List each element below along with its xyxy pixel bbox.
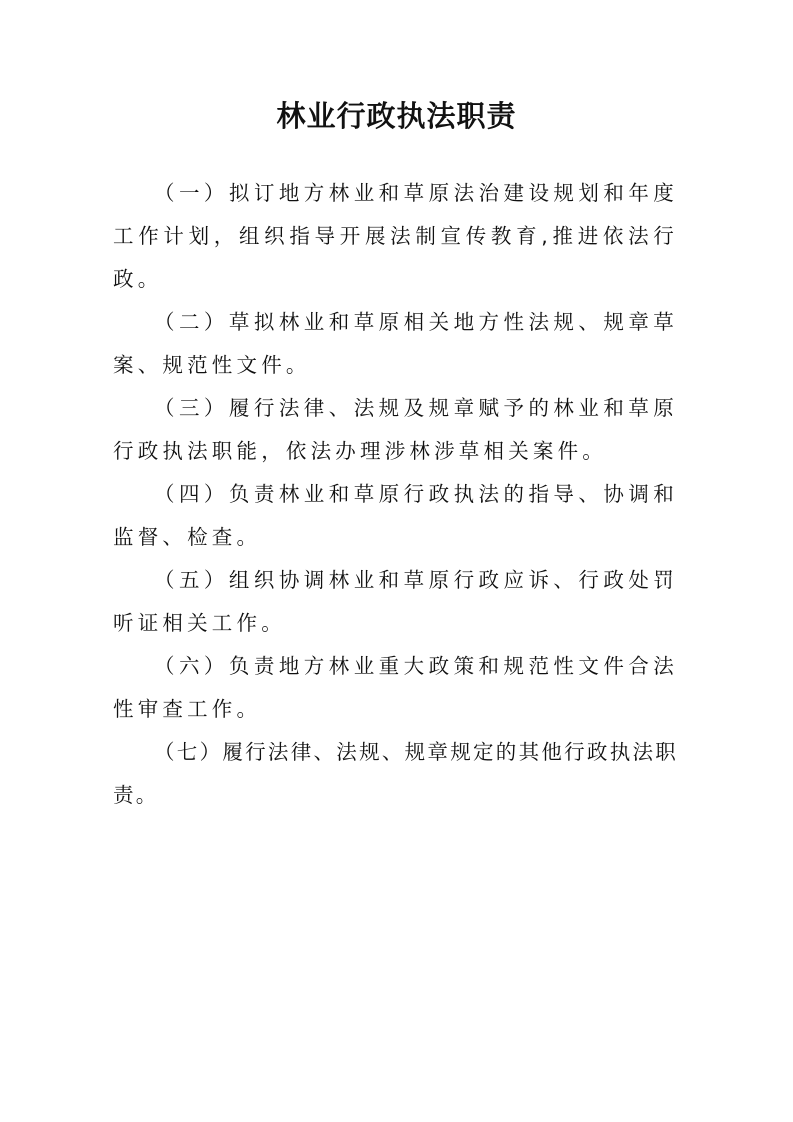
document-body: （一）拟订地方林业和草原法治建设规划和年度工作计划，组织指导开展法制宣传教育,推… xyxy=(113,172,678,817)
paragraph-4: （四）负责林业和草原行政执法的指导、协调和监督、检查。 xyxy=(113,473,678,559)
paragraph-7: （七）履行法律、法规、规章规定的其他行政执法职责。 xyxy=(113,731,678,817)
paragraph-5: （五）组织协调林业和草原行政应诉、行政处罚听证相关工作。 xyxy=(113,559,678,645)
paragraph-1: （一）拟订地方林业和草原法治建设规划和年度工作计划，组织指导开展法制宣传教育,推… xyxy=(113,172,678,301)
paragraph-2: （二）草拟林业和草原相关地方性法规、规章草案、规范性文件。 xyxy=(113,301,678,387)
document-title: 林业行政执法职责 xyxy=(0,96,793,136)
paragraph-3: （三）履行法律、法规及规章赋予的林业和草原行政执法职能，依法办理涉林涉草相关案件… xyxy=(113,387,678,473)
document-page: 林业行政执法职责 （一）拟订地方林业和草原法治建设规划和年度工作计划，组织指导开… xyxy=(0,0,793,1122)
paragraph-6: （六）负责地方林业重大政策和规范性文件合法性审查工作。 xyxy=(113,645,678,731)
